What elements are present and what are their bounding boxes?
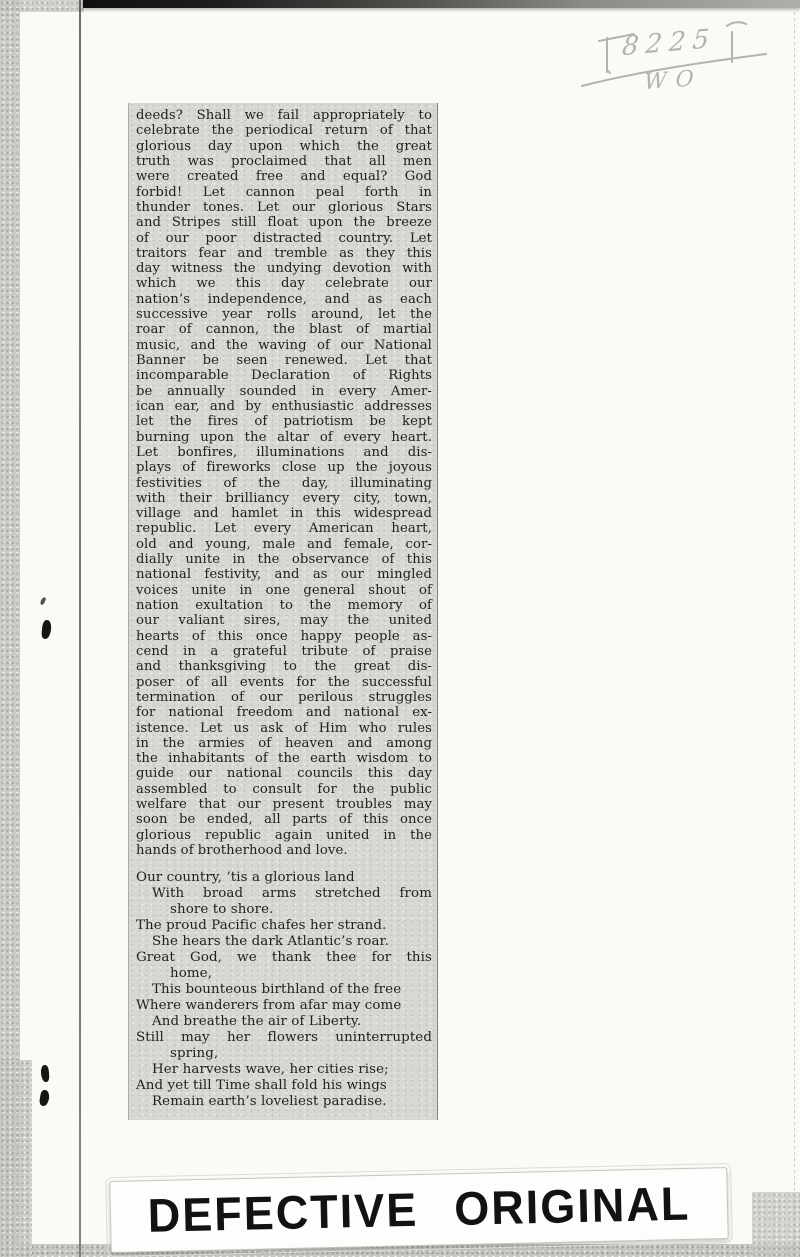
poem-line-12: spring,	[136, 1046, 432, 1062]
article-line-42: in the armies of heaven and among	[136, 736, 432, 751]
page-right-edge	[794, 0, 795, 1257]
article-line-22: burning upon the altar of every heart.	[136, 430, 432, 445]
article-line-26: with their brilliancy every city, town,	[136, 491, 432, 506]
article-line-19: be annually sounded in every Amer-	[136, 384, 432, 399]
poem-line-1: Our country, ’tis a glorious land	[136, 870, 432, 886]
article-line-36: cend in a grateful tribute of praise	[136, 644, 432, 659]
article-line-12: which we this day celebrate our	[136, 276, 432, 291]
article-line-40: for national freedom and national ex-	[136, 705, 432, 720]
article-line-18: incomparable Declaration of Rights	[136, 368, 432, 383]
article-line-33: nation exultation to the memory of	[136, 598, 432, 613]
handwritten-annotation: 8225 WO	[580, 12, 770, 104]
poem-line-7: home,	[136, 966, 432, 982]
article-line-2: celebrate the periodical return of that	[136, 123, 432, 138]
article-line-6: forbid! Let cannon peal forth in	[136, 185, 432, 200]
article-line-30: dially unite in the observance of this	[136, 552, 432, 567]
article-line-34: our valiant sires, may the united	[136, 613, 432, 628]
scanner-edge-bottom-right	[752, 1192, 800, 1257]
poem-line-2: With broad arms stretched from	[136, 886, 432, 902]
article-line-47: soon be ended, all parts of this once	[136, 812, 432, 827]
stamp-word-defective: DEFECTIVE	[147, 1183, 419, 1244]
poem-line-4: The proud Pacific chafes her strand.	[136, 918, 432, 934]
article-line-29: old and young, male and female, cor-	[136, 537, 432, 552]
article-lines: deeds? Shall we fail appropriately tocel…	[136, 108, 432, 858]
article-line-45: assembled to consult for the public	[136, 782, 432, 797]
article-line-17: Banner be seen renewed. Let that	[136, 353, 432, 368]
defective-original-stamp: DEFECTIVE ORIGINAL	[109, 1167, 728, 1253]
article-line-49: hands of brotherhood and love.	[136, 843, 432, 858]
ink-blot	[41, 620, 52, 640]
ink-blot	[40, 597, 47, 606]
article-line-8: and Stripes still float upon the breeze	[136, 215, 432, 230]
article-line-38: poser of all events for the successful	[136, 675, 432, 690]
article-line-46: welfare that our present troubles may	[136, 797, 432, 812]
article-line-23: Let bonfires, illuminations and dis-	[136, 445, 432, 460]
article-line-7: thunder tones. Let our glorious Stars	[136, 200, 432, 215]
article-line-20: ican ear, and by enthusiastic addresses	[136, 399, 432, 414]
article-line-16: music, and the waving of our National	[136, 338, 432, 353]
article-line-5: were created free and equal? God	[136, 169, 432, 184]
article-line-1: deeds? Shall we fail appropriately to	[136, 108, 432, 123]
newspaper-clipping: deeds? Shall we fail appropriately tocel…	[128, 103, 438, 1120]
scan-top-shadow-bar	[83, 0, 800, 8]
article-line-27: village and hamlet in this widespread	[136, 506, 432, 521]
annotation-letters: WO	[644, 66, 703, 95]
article-line-10: traitors fear and tremble as they this	[136, 246, 432, 261]
poem-line-9: Where wanderers from afar may come	[136, 998, 432, 1014]
article-line-31: national festivity, and as our mingled	[136, 567, 432, 582]
scanner-edge-bottom-left	[0, 1060, 32, 1257]
article-line-21: let the fires of patriotism be kept	[136, 414, 432, 429]
article-line-9: of our poor distracted country. Let	[136, 231, 432, 246]
article-line-4: truth was proclaimed that all men	[136, 154, 432, 169]
article-line-11: day witness the undying devotion with	[136, 261, 432, 276]
poem-line-11: Still may her flowers uninterrupted	[136, 1030, 432, 1046]
poem-line-13: Her harvests wave, her cities rise;	[136, 1062, 432, 1078]
article-line-35: hearts of this once happy people as-	[136, 629, 432, 644]
poem-line-5: She hears the dark Atlantic’s roar.	[136, 934, 432, 950]
ink-blot	[39, 1089, 51, 1106]
article-line-25: festivities of the day, illuminating	[136, 476, 432, 491]
ink-blot	[40, 1065, 49, 1083]
poem-line-14: And yet till Time shall fold his wings	[136, 1078, 432, 1094]
article-line-43: the inhabitants of the earth wisdom to	[136, 751, 432, 766]
poem-lines: Our country, ’tis a glorious landWith br…	[136, 870, 432, 1110]
scanned-page: 8225 WO deeds? Shall we fail appropriate…	[0, 0, 800, 1257]
article-line-32: voices unite in one general shout of	[136, 583, 432, 598]
poem-line-8: This bounteous birthland of the free	[136, 982, 432, 998]
stamp-word-original: ORIGINAL	[454, 1177, 691, 1237]
poem-line-3: shore to shore.	[136, 902, 432, 918]
article-line-24: plays of fireworks close up the joyous	[136, 460, 432, 475]
article-line-15: roar of cannon, the blast of martial	[136, 322, 432, 337]
article-line-28: republic. Let every American heart,	[136, 521, 432, 536]
article-line-44: guide our national councils this day	[136, 766, 432, 781]
poem-line-15: Remain earth’s loveliest paradise.	[136, 1094, 432, 1110]
article-line-41: istence. Let us ask of Him who rules	[136, 721, 432, 736]
article-line-37: and thanksgiving to the great dis-	[136, 659, 432, 674]
poem-line-6: Great God, we thank thee for this	[136, 950, 432, 966]
page-fold-line	[79, 0, 81, 1257]
poem-line-10: And breathe the air of Liberty.	[136, 1014, 432, 1030]
article-line-3: glorious day upon which the great	[136, 139, 432, 154]
article-line-48: glorious republic again united in the	[136, 828, 432, 843]
article-line-13: nation’s independence, and as each	[136, 292, 432, 307]
scanner-edge-top-left	[0, 0, 84, 12]
article-line-14: successive year rolls around, let the	[136, 307, 432, 322]
article-line-39: termination of our perilous struggles	[136, 690, 432, 705]
